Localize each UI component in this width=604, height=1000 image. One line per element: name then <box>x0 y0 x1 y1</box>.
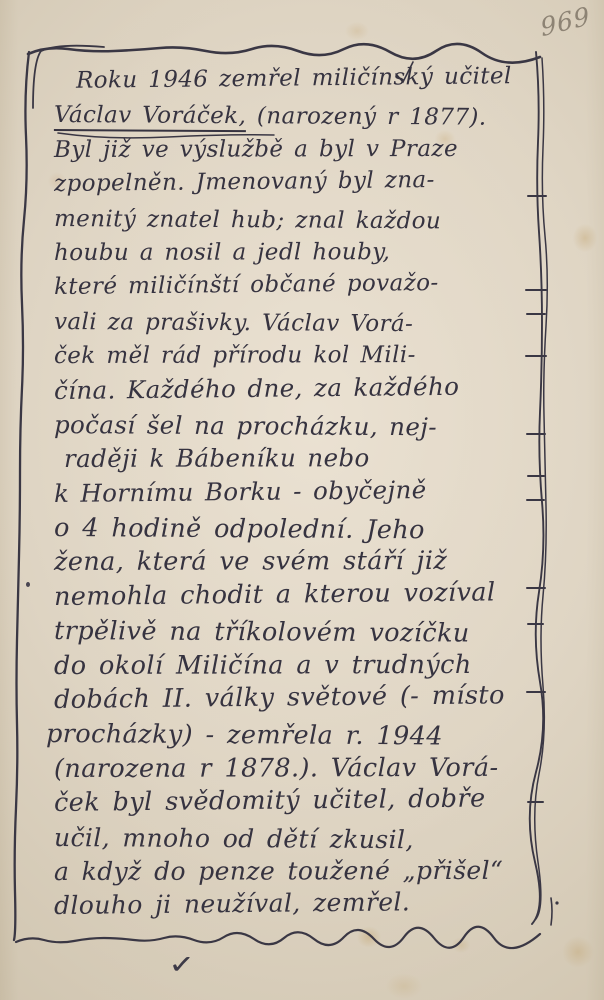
line-text: zpopelněn. Jmenovaný byl zna- <box>54 167 435 197</box>
border-bottom <box>16 927 540 948</box>
handwritten-line: dlouho ji neužíval, zemřel. <box>54 884 546 924</box>
margin-dot <box>555 901 558 904</box>
line-text: Roku 1946 zemřel miličínský učitel <box>76 63 512 94</box>
paper-stain <box>556 930 600 974</box>
paper-stain <box>340 18 374 44</box>
handwritten-line: k Hornímu Borku - obyčejně <box>54 472 546 512</box>
paper-stain <box>448 934 474 956</box>
line-text: čína. Každého dne, za každého <box>54 371 460 404</box>
page-number: 969 <box>539 0 601 43</box>
border-left <box>14 52 29 940</box>
handwritten-line: ček byl svědomitý učitel, dobře <box>54 781 546 821</box>
handwritten-line: ček měl rád přírodu kol Mili- <box>54 338 546 374</box>
line-text: k Hornímu Borku - obyčejně <box>54 475 427 508</box>
ink-speck <box>26 582 30 587</box>
line-text: a když do penze toužené „přišel“ <box>54 856 503 886</box>
margin-tick <box>551 898 552 925</box>
handwritten-line: Roku 1946 zemřel miličínský učitel <box>54 59 546 99</box>
handwritten-line: raději k Bábeníku nebo <box>54 441 546 477</box>
line-text: houbu a nosil a jedl houby, <box>54 239 390 266</box>
paper-stain <box>352 922 386 952</box>
line-text: ček byl svědomitý učitel, dobře <box>54 784 486 819</box>
line-text: menitý znatel hub; znal každou <box>54 206 441 234</box>
line-text: dobách II. války světové (- místo <box>54 680 505 715</box>
manuscript-text: Roku 1946 zemřel miličínský učitel Václa… <box>54 64 546 924</box>
handwritten-line: počasí šel na procházku, nej- <box>54 408 546 445</box>
paper-stain <box>378 968 430 1000</box>
handwritten-line: menitý znatel hub; znal každou <box>54 202 546 239</box>
line-text: ček měl rád přírodu kol Mili- <box>54 342 416 369</box>
line-text: nemohla chodit a kterou vozíval <box>54 577 496 612</box>
line-text: žena, která ve svém stáří již <box>54 546 447 577</box>
line-text: učil, mnoho od dětí zkusil, <box>54 823 414 854</box>
handwritten-line: žena, která ve svém stáří již <box>54 544 546 580</box>
line-text: Byl již ve výslužbě a byl v Praze <box>54 136 458 163</box>
line-text: počasí šel na procházku, nej- <box>54 410 437 441</box>
handwritten-line: učil, mnoho od dětí zkusil, <box>54 821 546 858</box>
handwritten-line: procházky) - zemřela r. 1944 <box>46 717 546 754</box>
handwritten-line: čína. Každého dne, za každého <box>54 368 546 408</box>
checkmark-icon: ✓ <box>168 946 195 982</box>
line-text: do okolí Miličína a v trudných <box>54 650 472 681</box>
manuscript-page: 969 Roku 1946 zemřel miličínský učitel V… <box>0 0 604 1000</box>
line-text: (narozený r 1877). <box>246 104 486 131</box>
underlined-name: Václav Voráček, <box>54 102 246 132</box>
handwritten-line: dobách II. války světové (- místo <box>54 678 546 718</box>
handwritten-line: nemohla chodit a kterou vozíval <box>54 575 546 615</box>
line-text: vali za prašivky. Václav Vorá- <box>54 309 413 337</box>
line-text: procházky) - zemřela r. 1944 <box>46 719 443 751</box>
line-text: trpělivě na tříkolovém vozíčku <box>54 616 470 649</box>
handwritten-line: vali za prašivky. Václav Vorá- <box>54 305 546 342</box>
handwritten-line: zpopelněn. Jmenovaný byl zna- <box>54 162 546 202</box>
line-text: raději k Bábeníku nebo <box>64 443 370 473</box>
line-text: které miličínští občané považo- <box>54 270 439 300</box>
line-text: o 4 hodině odpolední. Jeho <box>54 513 425 545</box>
handwritten-line: které miličínští občané považo- <box>54 265 546 305</box>
paper-stain <box>568 218 602 258</box>
handwritten-line: trpělivě na tříkolovém vozíčku <box>54 614 546 651</box>
handwritten-line: Václav Voráček, (narozený r 1877). <box>54 98 546 135</box>
line-text: (narozena r 1878.). Václav Vorá- <box>54 753 499 784</box>
line-text: dlouho ji neužíval, zemřel. <box>54 888 410 921</box>
handwritten-line: o 4 hodině odpolední. Jeho <box>54 511 546 548</box>
